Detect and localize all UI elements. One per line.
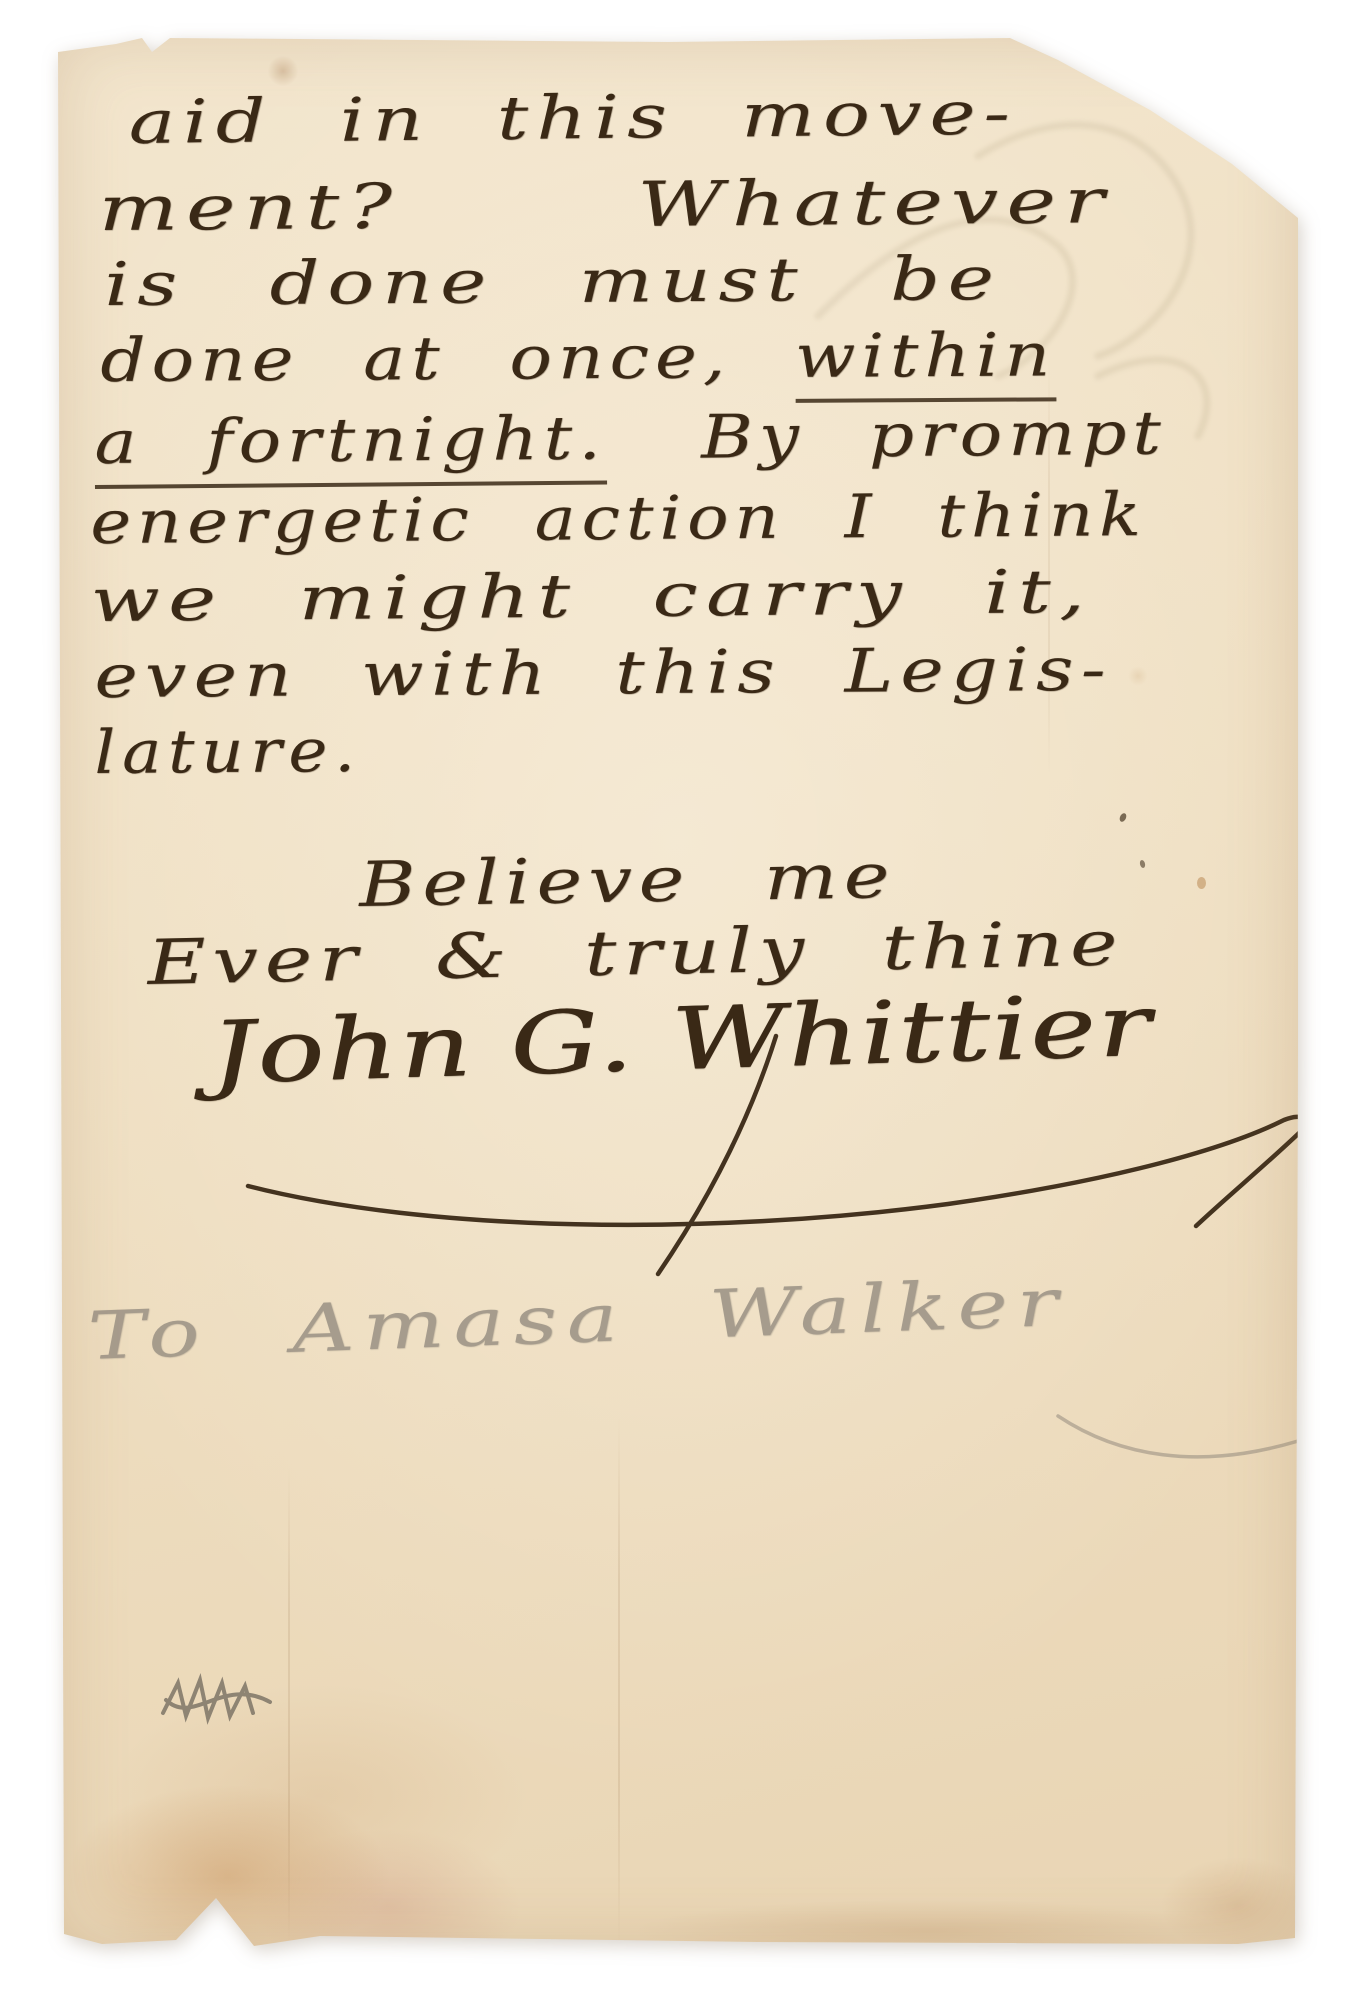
letter-line: aid in this move-	[128, 78, 1018, 158]
pencil-annotation: To Amasa Walker	[86, 1264, 1069, 1375]
ink-fleck	[1118, 812, 1127, 823]
paper: aid in this move- ment? Whatever is done…	[58, 36, 1298, 1948]
closing-line: Believe me	[358, 839, 897, 921]
pencil-tail-stroke	[1048, 1401, 1308, 1491]
underlined-text: a fortnight.	[94, 403, 607, 489]
stain-fleck	[1197, 877, 1206, 889]
letter-line: done at once, within	[100, 320, 1056, 396]
letter-line: a fortnight.By prompt	[94, 398, 1167, 478]
letter-text: we might carry it,	[90, 557, 1093, 636]
letter-text: done at once,	[100, 322, 795, 396]
letter-line: lature.	[94, 716, 362, 788]
signature-flourish	[188, 1036, 1328, 1276]
letter-text: energetic action I think	[90, 480, 1147, 558]
letter-line: is done must be	[104, 244, 1002, 320]
letter-text: is done must be	[104, 244, 1002, 320]
letter-photo: aid in this move- ment? Whatever is done…	[0, 0, 1348, 2000]
paper-crease	[1048, 356, 1050, 776]
letter-text: lature.	[94, 716, 362, 788]
letter-text: ment? Whatever	[98, 164, 1113, 245]
paper-crease	[288, 1466, 290, 1946]
letter-line: ment? Whatever	[98, 164, 1113, 245]
letter-line: we might carry it,	[90, 557, 1093, 636]
ink-fleck	[1139, 859, 1146, 868]
underlined-text: within	[795, 320, 1057, 403]
letter-line: even with this Legis-	[94, 635, 1113, 712]
pencil-scribble	[158, 1668, 278, 1738]
letter-text: aid in this move-	[128, 78, 1018, 158]
letter-text: even with this Legis-	[94, 635, 1113, 712]
letter-text: By prompt	[701, 398, 1168, 472]
paper-crease	[618, 1416, 620, 1946]
letter-line: energetic action I think	[90, 480, 1147, 558]
